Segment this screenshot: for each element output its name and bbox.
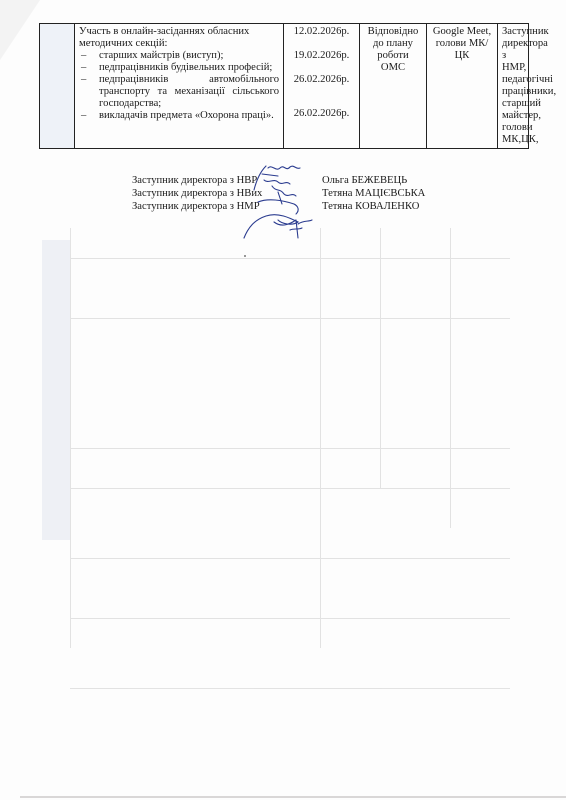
page-corner-shadow: [0, 0, 40, 60]
date: 12.02.2026р.: [288, 26, 355, 38]
handwritten-signature-icon: [238, 162, 328, 244]
signer-name: Ольга БЕЖЕВЕЦЬ: [322, 174, 407, 187]
activity-plan-table: Участь в онлайн-засіданнях обласних мето…: [39, 23, 529, 149]
date: 19.02.2026р.: [288, 50, 355, 62]
dates-cell: 12.02.2026р. 19.02.2026р. 26.02.2026р. 2…: [284, 24, 360, 149]
scanned-document-page: Участь в онлайн-засіданнях обласних мето…: [0, 0, 566, 800]
row-number-cell: [40, 24, 75, 149]
list-item: педпрацівників будівельних професій;: [79, 62, 279, 74]
list-item: старших майстрів (виступ);: [79, 50, 279, 62]
place-cell: Google Meet, голови МК/ЦК: [427, 24, 498, 149]
responsible-cell: Заступник директора з НМР, педагогічні п…: [498, 24, 529, 149]
bleed-through-reverse-side: [40, 228, 530, 788]
table-row: Участь в онлайн-засіданнях обласних мето…: [40, 24, 529, 149]
date: 26.02.2026р.: [288, 74, 355, 86]
list-item: викладачів предмета «Охорона праці».: [79, 110, 279, 122]
scan-bottom-edge: [20, 796, 566, 798]
bleed-through-stripe: [42, 240, 70, 540]
list-item: педпрацівників автомобільного транспорту…: [79, 74, 279, 110]
ink-speck: [244, 255, 246, 257]
term-cell: Відповідно до плану роботи ОМС: [360, 24, 427, 149]
event-intro: Участь в онлайн-засіданнях обласних мето…: [79, 26, 279, 50]
date: 26.02.2026р.: [288, 108, 355, 120]
signer-name: Тетяна КОВАЛЕНКО: [322, 200, 419, 213]
sections-list: старших майстрів (виступ); педпрацівникі…: [79, 50, 279, 122]
event-cell: Участь в онлайн-засіданнях обласних мето…: [75, 24, 284, 149]
signer-name: Тетяна МАЦІЄВСЬКА: [322, 187, 425, 200]
